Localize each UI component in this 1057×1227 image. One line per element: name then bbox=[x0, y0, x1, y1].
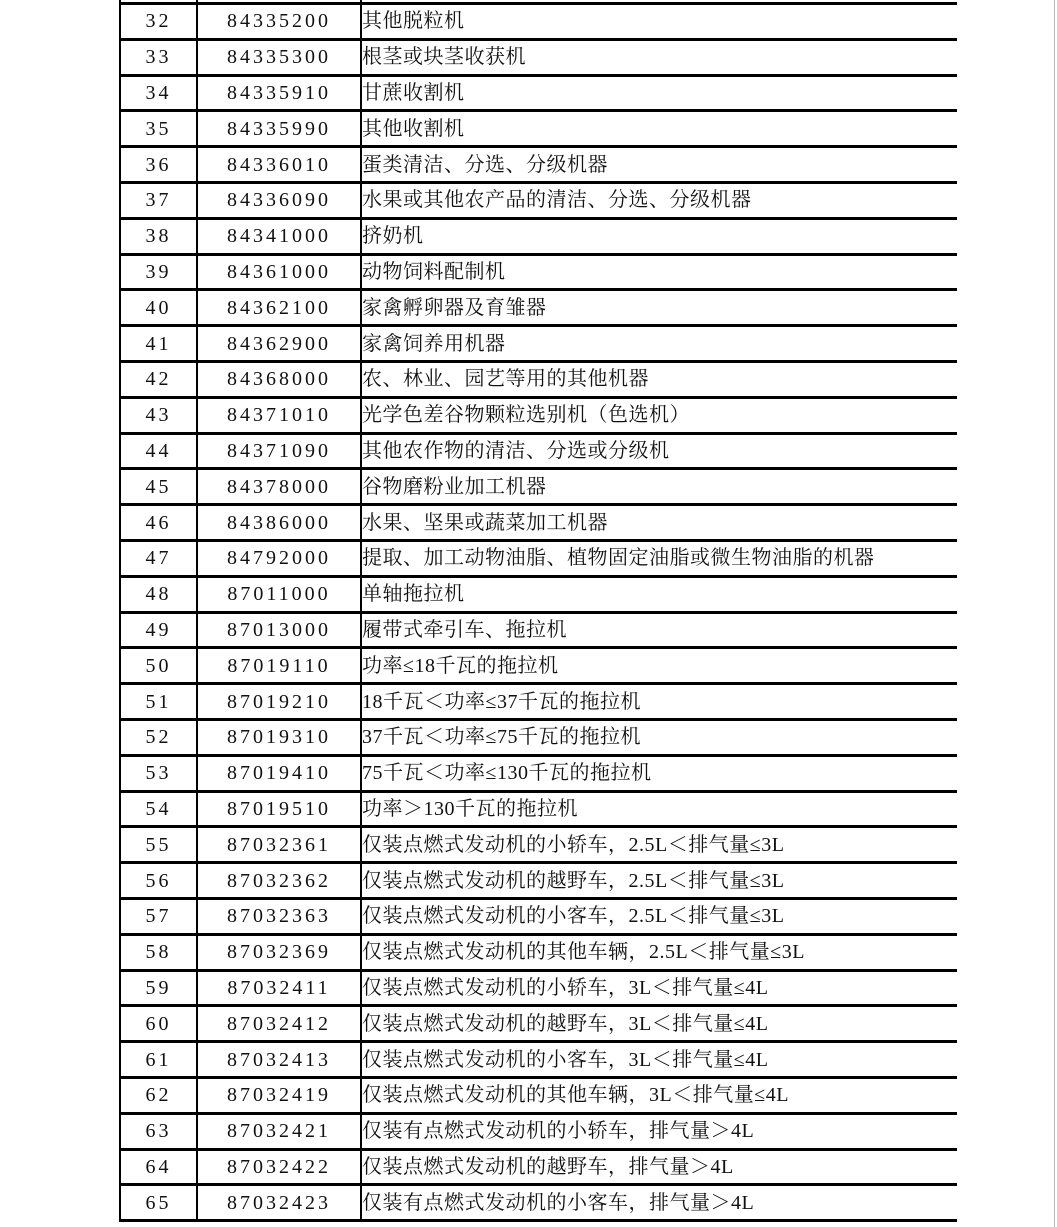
table-row: 3584335990其他收割机 bbox=[120, 111, 957, 147]
hs-code-cell: 87019110 bbox=[197, 648, 361, 684]
table-row: 4384371010光学色差谷物颗粒选别机（色选机） bbox=[120, 397, 957, 433]
row-number-cell: 34 bbox=[120, 75, 197, 111]
row-number-cell: 45 bbox=[120, 469, 197, 505]
description-cell: 挤奶机 bbox=[361, 218, 957, 254]
description-cell: 功率＞130千瓦的拖拉机 bbox=[361, 791, 957, 827]
table-row: 4784792000提取、加工动物油脂、植物固定油脂或微生物油脂的机器 bbox=[120, 540, 957, 576]
table-row: 538701941075千瓦＜功率≤130千瓦的拖拉机 bbox=[120, 755, 957, 791]
hs-code-cell: 84386000 bbox=[197, 505, 361, 541]
table-row: 4584378000谷物磨粉业加工机器 bbox=[120, 469, 957, 505]
description-cell: 仅装点燃式发动机的其他车辆，3L＜排气量≤4L bbox=[361, 1077, 957, 1113]
hs-code-cell: 84335990 bbox=[197, 111, 361, 147]
hs-code-cell: 84335200 bbox=[197, 4, 361, 40]
description-cell: 仅装有点燃式发动机的小客车，排气量＞4L bbox=[361, 1185, 957, 1221]
description-cell: 仅装点燃式发动机的越野车，排气量＞4L bbox=[361, 1149, 957, 1185]
table-row: 5587032361仅装点燃式发动机的小轿车，2.5L＜排气量≤3L bbox=[120, 827, 957, 863]
row-number-cell: 57 bbox=[120, 898, 197, 934]
description-cell: 仅装点燃式发动机的其他车辆，2.5L＜排气量≤3L bbox=[361, 934, 957, 970]
hs-code-cell: 87032411 bbox=[197, 970, 361, 1006]
hs-code-cell: 87019310 bbox=[197, 719, 361, 755]
hs-code-cell: 84378000 bbox=[197, 469, 361, 505]
row-number-cell: 47 bbox=[120, 540, 197, 576]
row-number-cell: 58 bbox=[120, 934, 197, 970]
table-row: 6487032422仅装点燃式发动机的越野车，排气量＞4L bbox=[120, 1149, 957, 1185]
row-number-cell: 56 bbox=[120, 863, 197, 899]
table-row: 5987032411仅装点燃式发动机的小轿车，3L＜排气量≤4L bbox=[120, 970, 957, 1006]
table-row: 5087019110功率≤18千瓦的拖拉机 bbox=[120, 648, 957, 684]
hs-code-cell: 87032362 bbox=[197, 863, 361, 899]
hs-code-cell: 84336090 bbox=[197, 182, 361, 218]
hs-code-cell: 87032422 bbox=[197, 1149, 361, 1185]
row-number-cell: 49 bbox=[120, 612, 197, 648]
row-number-cell: 55 bbox=[120, 827, 197, 863]
hs-code-cell: 84362900 bbox=[197, 326, 361, 362]
row-number-cell: 59 bbox=[120, 970, 197, 1006]
row-number-cell: 61 bbox=[120, 1042, 197, 1078]
hs-code-cell: 87019510 bbox=[197, 791, 361, 827]
hs-code-cell: 84368000 bbox=[197, 361, 361, 397]
row-number-cell: 33 bbox=[120, 39, 197, 75]
table-row: 4684386000水果、坚果或蔬菜加工机器 bbox=[120, 505, 957, 541]
table-row: 3384335300根茎或块茎收获机 bbox=[120, 39, 957, 75]
table-row: 528701931037千瓦＜功率≤75千瓦的拖拉机 bbox=[120, 719, 957, 755]
description-cell: 蛋类清洁、分选、分级机器 bbox=[361, 147, 957, 183]
tariff-table-body: 3284335200其他脱粒机3384335300根茎或块茎收获机3484335… bbox=[120, 0, 957, 1221]
hs-code-cell: 84371090 bbox=[197, 433, 361, 469]
table-row: 6587032423仅装有点燃式发动机的小客车，排气量＞4L bbox=[120, 1185, 957, 1221]
description-cell: 提取、加工动物油脂、植物固定油脂或微生物油脂的机器 bbox=[361, 540, 957, 576]
row-number-cell: 64 bbox=[120, 1149, 197, 1185]
row-number-cell: 63 bbox=[120, 1113, 197, 1149]
description-cell: 功率≤18千瓦的拖拉机 bbox=[361, 648, 957, 684]
hs-code-cell: 87032361 bbox=[197, 827, 361, 863]
table-row: 3484335910甘蔗收割机 bbox=[120, 75, 957, 111]
row-number-cell: 38 bbox=[120, 218, 197, 254]
description-cell: 仅装点燃式发动机的越野车，2.5L＜排气量≤3L bbox=[361, 863, 957, 899]
row-number-cell: 53 bbox=[120, 755, 197, 791]
row-number-cell: 65 bbox=[120, 1185, 197, 1221]
hs-code-cell: 87032421 bbox=[197, 1113, 361, 1149]
row-number-cell: 54 bbox=[120, 791, 197, 827]
description-cell: 光学色差谷物颗粒选别机（色选机） bbox=[361, 397, 957, 433]
table-row: 5887032369仅装点燃式发动机的其他车辆，2.5L＜排气量≤3L bbox=[120, 934, 957, 970]
description-cell: 仅装点燃式发动机的小轿车，2.5L＜排气量≤3L bbox=[361, 827, 957, 863]
table-row: 3784336090水果或其他农产品的清洁、分选、分级机器 bbox=[120, 182, 957, 218]
row-number-cell: 36 bbox=[120, 147, 197, 183]
row-number-cell: 37 bbox=[120, 182, 197, 218]
table-row: 6287032419仅装点燃式发动机的其他车辆，3L＜排气量≤4L bbox=[120, 1077, 957, 1113]
hs-code-cell: 87032413 bbox=[197, 1042, 361, 1078]
table-row: 518701921018千瓦＜功率≤37千瓦的拖拉机 bbox=[120, 684, 957, 720]
description-cell: 甘蔗收割机 bbox=[361, 75, 957, 111]
row-number-cell: 51 bbox=[120, 684, 197, 720]
table-row: 5487019510功率＞130千瓦的拖拉机 bbox=[120, 791, 957, 827]
description-cell: 根茎或块茎收获机 bbox=[361, 39, 957, 75]
hs-code-cell: 84362100 bbox=[197, 290, 361, 326]
hs-code-cell: 84371010 bbox=[197, 397, 361, 433]
description-cell: 仅装点燃式发动机的小轿车，3L＜排气量≤4L bbox=[361, 970, 957, 1006]
row-number-cell: 48 bbox=[120, 576, 197, 612]
description-cell: 家禽饲养用机器 bbox=[361, 326, 957, 362]
hs-code-cell: 87011000 bbox=[197, 576, 361, 612]
table-row: 6087032412仅装点燃式发动机的越野车，3L＜排气量≤4L bbox=[120, 1006, 957, 1042]
row-number-cell: 42 bbox=[120, 361, 197, 397]
table-row: 3284335200其他脱粒机 bbox=[120, 4, 957, 40]
row-number-cell: 60 bbox=[120, 1006, 197, 1042]
row-number-cell: 41 bbox=[120, 326, 197, 362]
description-cell: 37千瓦＜功率≤75千瓦的拖拉机 bbox=[361, 719, 957, 755]
table-row: 4887011000单轴拖拉机 bbox=[120, 576, 957, 612]
description-cell: 动物饲料配制机 bbox=[361, 254, 957, 290]
description-cell: 仅装点燃式发动机的小客车，3L＜排气量≤4L bbox=[361, 1042, 957, 1078]
row-number-cell: 43 bbox=[120, 397, 197, 433]
document-page: 3284335200其他脱粒机3384335300根茎或块茎收获机3484335… bbox=[0, 0, 1057, 1227]
description-cell: 其他脱粒机 bbox=[361, 4, 957, 40]
hs-code-cell: 87032423 bbox=[197, 1185, 361, 1221]
hs-code-cell: 84335910 bbox=[197, 75, 361, 111]
row-number-cell: 44 bbox=[120, 433, 197, 469]
description-cell: 水果、坚果或蔬菜加工机器 bbox=[361, 505, 957, 541]
hs-code-cell: 87032369 bbox=[197, 934, 361, 970]
row-number-cell: 50 bbox=[120, 648, 197, 684]
table-row: 3884341000挤奶机 bbox=[120, 218, 957, 254]
table-row: 6187032413仅装点燃式发动机的小客车，3L＜排气量≤4L bbox=[120, 1042, 957, 1078]
table-row: 4284368000农、林业、园艺等用的其他机器 bbox=[120, 361, 957, 397]
hs-code-cell: 87013000 bbox=[197, 612, 361, 648]
description-cell: 谷物磨粉业加工机器 bbox=[361, 469, 957, 505]
description-cell: 其他农作物的清洁、分选或分级机 bbox=[361, 433, 957, 469]
hs-code-cell: 87032363 bbox=[197, 898, 361, 934]
description-cell: 18千瓦＜功率≤37千瓦的拖拉机 bbox=[361, 684, 957, 720]
hs-code-cell: 84341000 bbox=[197, 218, 361, 254]
hs-code-cell: 87032419 bbox=[197, 1077, 361, 1113]
hs-code-cell: 87032412 bbox=[197, 1006, 361, 1042]
table-row: 3684336010蛋类清洁、分选、分级机器 bbox=[120, 147, 957, 183]
table-row: 3984361000动物饲料配制机 bbox=[120, 254, 957, 290]
hs-code-cell: 84792000 bbox=[197, 540, 361, 576]
row-number-cell: 62 bbox=[120, 1077, 197, 1113]
table-row: 4987013000履带式牵引车、拖拉机 bbox=[120, 612, 957, 648]
description-cell: 仅装点燃式发动机的小客车，2.5L＜排气量≤3L bbox=[361, 898, 957, 934]
description-cell: 农、林业、园艺等用的其他机器 bbox=[361, 361, 957, 397]
description-cell: 单轴拖拉机 bbox=[361, 576, 957, 612]
table-row: 6387032421仅装有点燃式发动机的小轿车，排气量＞4L bbox=[120, 1113, 957, 1149]
description-cell: 仅装有点燃式发动机的小轿车，排气量＞4L bbox=[361, 1113, 957, 1149]
table-row: 4184362900家禽饲养用机器 bbox=[120, 326, 957, 362]
row-number-cell: 32 bbox=[120, 4, 197, 40]
page-edge-line bbox=[1054, 0, 1055, 1227]
description-cell: 家禽孵卵器及育雏器 bbox=[361, 290, 957, 326]
row-number-cell: 46 bbox=[120, 505, 197, 541]
row-number-cell: 52 bbox=[120, 719, 197, 755]
tariff-code-table: 3284335200其他脱粒机3384335300根茎或块茎收获机3484335… bbox=[119, 0, 957, 1222]
row-number-cell: 40 bbox=[120, 290, 197, 326]
hs-code-cell: 87019410 bbox=[197, 755, 361, 791]
description-cell: 仅装点燃式发动机的越野车，3L＜排气量≤4L bbox=[361, 1006, 957, 1042]
hs-code-cell: 84336010 bbox=[197, 147, 361, 183]
table-row: 5687032362仅装点燃式发动机的越野车，2.5L＜排气量≤3L bbox=[120, 863, 957, 899]
row-number-cell: 39 bbox=[120, 254, 197, 290]
table-row: 4484371090其他农作物的清洁、分选或分级机 bbox=[120, 433, 957, 469]
description-cell: 履带式牵引车、拖拉机 bbox=[361, 612, 957, 648]
row-number-cell: 35 bbox=[120, 111, 197, 147]
description-cell: 其他收割机 bbox=[361, 111, 957, 147]
hs-code-cell: 87019210 bbox=[197, 684, 361, 720]
table-row: 4084362100家禽孵卵器及育雏器 bbox=[120, 290, 957, 326]
description-cell: 水果或其他农产品的清洁、分选、分级机器 bbox=[361, 182, 957, 218]
table-row: 5787032363仅装点燃式发动机的小客车，2.5L＜排气量≤3L bbox=[120, 898, 957, 934]
description-cell: 75千瓦＜功率≤130千瓦的拖拉机 bbox=[361, 755, 957, 791]
hs-code-cell: 84335300 bbox=[197, 39, 361, 75]
hs-code-cell: 84361000 bbox=[197, 254, 361, 290]
